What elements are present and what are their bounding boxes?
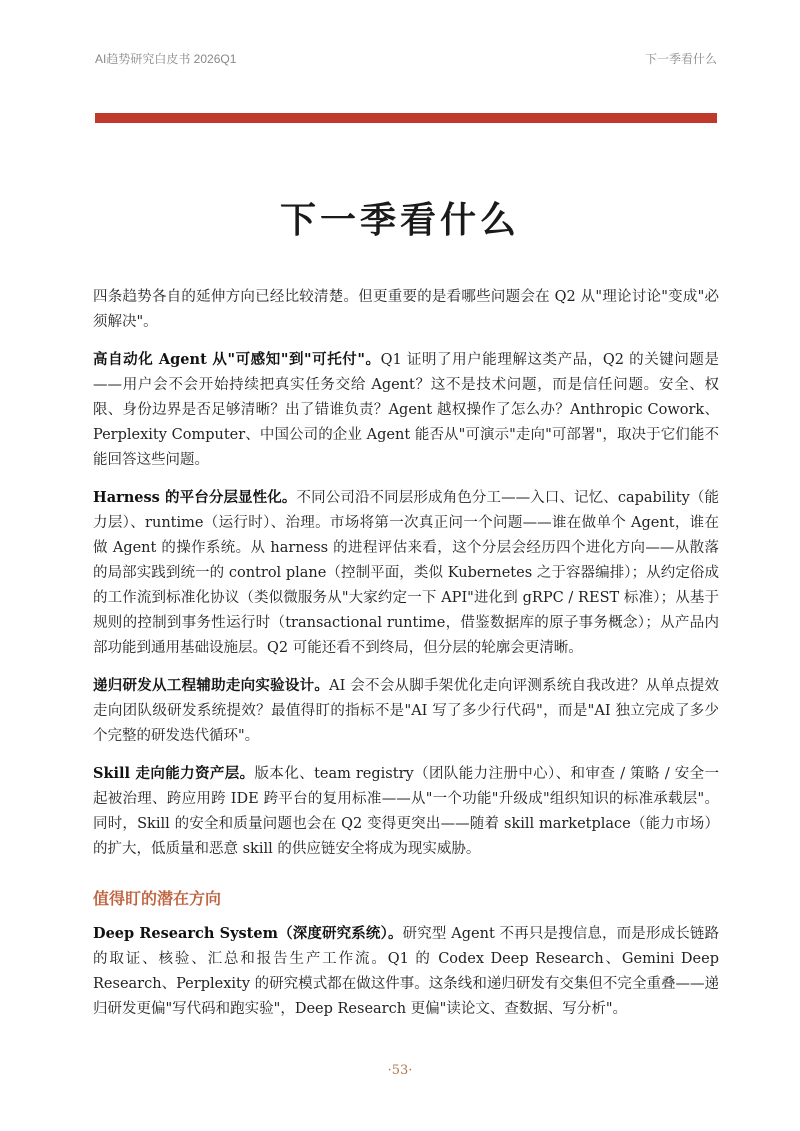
section-heading: 值得盯的潜在方向 xyxy=(93,886,719,911)
paragraph-body: Q1 证明了用户能理解这类产品，Q2 的关键问题是——用户会不会开始持续把真实任… xyxy=(93,352,719,468)
paragraph-lead: Deep Research System（深度研究系统）。 xyxy=(93,925,403,942)
header-chapter-title: 下一季看什么 xyxy=(645,50,717,70)
direction-paragraph-deep-research: Deep Research System（深度研究系统）。研究型 Agent 不… xyxy=(93,921,719,1022)
paragraph-lead: 递归研发从工程辅助走向实验设计。 xyxy=(93,677,329,694)
page-title: 下一季看什么 xyxy=(0,192,800,243)
paragraph-lead: Skill 走向能力资产层。 xyxy=(93,765,255,782)
trend-paragraph-skill: Skill 走向能力资产层。版本化、team registry（团队能力注册中心… xyxy=(93,761,719,862)
trend-paragraph-harness: Harness 的平台分层显性化。不同公司沿不同层形成角色分工——入口、记忆、c… xyxy=(93,485,719,661)
trend-paragraph-recursive-rd: 递归研发从工程辅助走向实验设计。AI 会不会从脚手架优化走向评测系统自我改进？从… xyxy=(93,673,719,749)
main-content: 四条趋势各自的延伸方向已经比较清楚。但更重要的是看哪些问题会在 Q2 从"理论讨… xyxy=(93,285,719,1034)
paragraph-lead: Harness 的平台分层显性化。 xyxy=(93,489,297,506)
paragraph-lead: 高自动化 Agent 从"可感知"到"可托付"。 xyxy=(93,351,381,368)
paragraph-body: 不同公司沿不同层形成角色分工——入口、记忆、capability（能力层）、ru… xyxy=(93,490,719,656)
trend-paragraph-agent: 高自动化 Agent 从"可感知"到"可托付"。Q1 证明了用户能理解这类产品，… xyxy=(93,347,719,473)
running-header: AI趋势研究白皮书 2026Q1 下一季看什么 xyxy=(95,50,717,70)
intro-paragraph: 四条趋势各自的延伸方向已经比较清楚。但更重要的是看哪些问题会在 Q2 从"理论讨… xyxy=(93,285,719,335)
chapter-rule xyxy=(95,113,717,123)
header-document-title: AI趋势研究白皮书 2026Q1 xyxy=(95,50,236,70)
page-number: ·53· xyxy=(0,1063,800,1078)
